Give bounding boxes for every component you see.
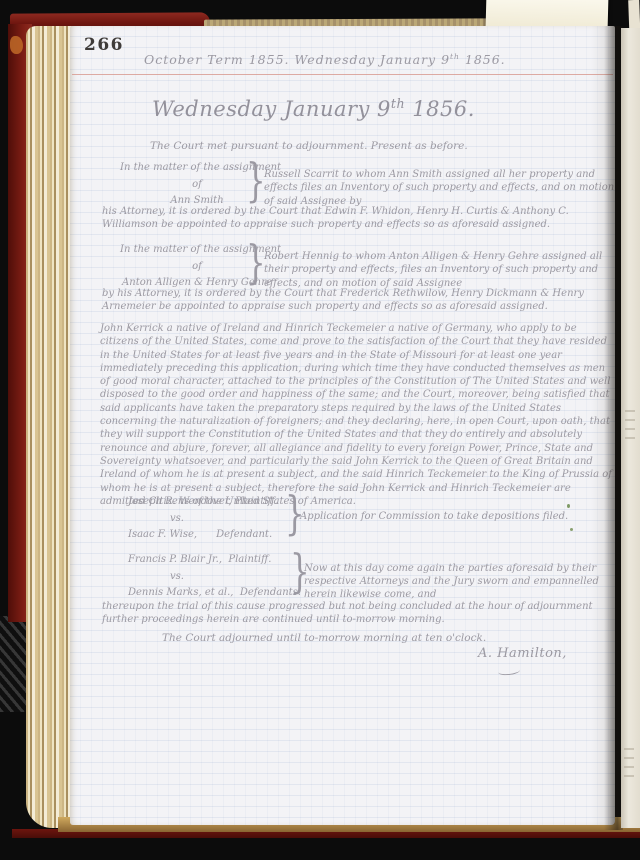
entry-continuation: thereupon the trial of this cause progre…: [102, 600, 616, 626]
brace-glyph: }: [246, 240, 266, 286]
adjournment-line: The Court adjourned until to-morrow morn…: [162, 632, 486, 644]
entry-body: Russell Scarrit to whom Ann Smith assign…: [264, 168, 616, 208]
entry-continuation: his Attorney, it is ordered by the Court…: [102, 205, 616, 232]
brace-glyph: }: [246, 158, 266, 204]
caption-line: Isaac F. Wise, Defendant.: [128, 527, 338, 544]
title-text: 1856.: [405, 97, 475, 121]
spine-wear-mark: [10, 36, 23, 54]
entry-body: Robert Hennig to whom Anton Alligen & He…: [264, 250, 616, 290]
entry-body: Now at this day come again the parties a…: [304, 562, 614, 601]
running-head: October Term 1855. Wednesday January 9th…: [144, 52, 506, 67]
ledger-book-scan: 266 October Term 1855. Wednesday January…: [0, 0, 640, 860]
red-margin-rule: [72, 74, 613, 75]
running-head-text: October Term 1855. Wednesday January 9: [144, 52, 450, 67]
caption-line: Joseph R. Wendover, Plaintiff.: [128, 494, 338, 511]
clerk-signature: A. Hamilton,: [478, 646, 567, 661]
facing-page-strip: [621, 28, 640, 828]
bleed-through-writing: [625, 410, 635, 444]
opening-line: The Court met pursuant to adjournment. P…: [150, 140, 468, 152]
page-title: Wednesday January 9th 1856.: [152, 96, 475, 121]
title-superscript: th: [391, 96, 405, 111]
bleed-through-writing: [624, 748, 634, 782]
entry-continuation: by his Attorney, it is ordered by the Co…: [102, 287, 616, 314]
page-number: 266: [84, 35, 124, 55]
title-text: Wednesday January 9: [152, 97, 391, 121]
ink-speck: [570, 528, 573, 531]
running-head-text: 1856.: [460, 52, 506, 67]
signature-flourish: [498, 666, 521, 676]
entry-body: Application for Commission to take depos…: [300, 510, 612, 523]
running-head-superscript: th: [450, 52, 460, 61]
ledger-page: 266 October Term 1855. Wednesday January…: [70, 26, 615, 825]
ink-speck: [567, 504, 570, 508]
naturalization-paragraph: John Kerrick a native of Ireland and Hin…: [100, 322, 616, 508]
